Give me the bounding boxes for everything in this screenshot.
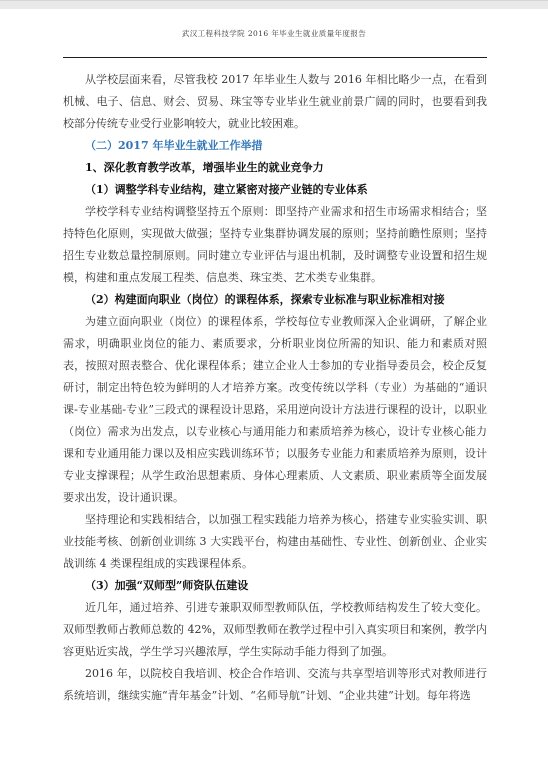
paragraph-practice-platforms: 坚持理论和实践相结合，以加强工程实践能力培养为核心，搭建专业实验实训、职业技能考… (63, 509, 487, 575)
paragraph-2016-teacher-training: 2016 年，以院校自我培训、校企合作培训、交流与共享型培训等形式对教师进行系统… (63, 663, 487, 707)
section-heading-2017-employment-measures: （二）2017 年毕业生就业工作举措 (63, 135, 487, 157)
point-heading-build-curriculum-system: （2）构建面向职业（岗位）的课程体系，探索专业标准与职业标准相对接 (63, 289, 487, 311)
subsection-heading-deepen-education-reform: 1、深化教育教学改革，增强毕业生的就业竞争力 (63, 157, 487, 179)
paragraph-school-level-overview: 从学校层面来看，尽管我校 2017 年毕业生人数与 2016 年相比略少一点，在… (63, 69, 487, 135)
page-body: 从学校层面来看，尽管我校 2017 年毕业生人数与 2016 年相比略少一点，在… (63, 69, 487, 707)
viewer-top-edge (0, 0, 548, 9)
point-heading-double-qualified-teachers: （3）加强“双师型”师资队伍建设 (63, 575, 487, 597)
paragraph-five-principles: 学校学科专业结构调整坚持五个原则：即坚持产业需求和招生市场需求相结合；坚持特色化… (63, 201, 487, 289)
point-heading-adjust-discipline-structure: （1）调整学科专业结构，建立紧密对接产业链的专业体系 (63, 179, 487, 201)
page-running-header: 武汉工程科技学院 2016 年毕业生就业质量年度报告 (0, 28, 548, 39)
paragraph-curriculum-design: 为建立面向职业（岗位）的课程体系，学校每位专业教师深入企业调研，了解企业需求，明… (63, 311, 487, 509)
paragraph-teacher-structure: 近几年，通过培养、引进专兼职双师型教师队伍，学校教师结构发生了较大变化。双师型教… (63, 597, 487, 663)
header-rule (63, 57, 487, 58)
document-page: 武汉工程科技学院 2016 年毕业生就业质量年度报告 从学校层面来看，尽管我校 … (0, 0, 548, 774)
